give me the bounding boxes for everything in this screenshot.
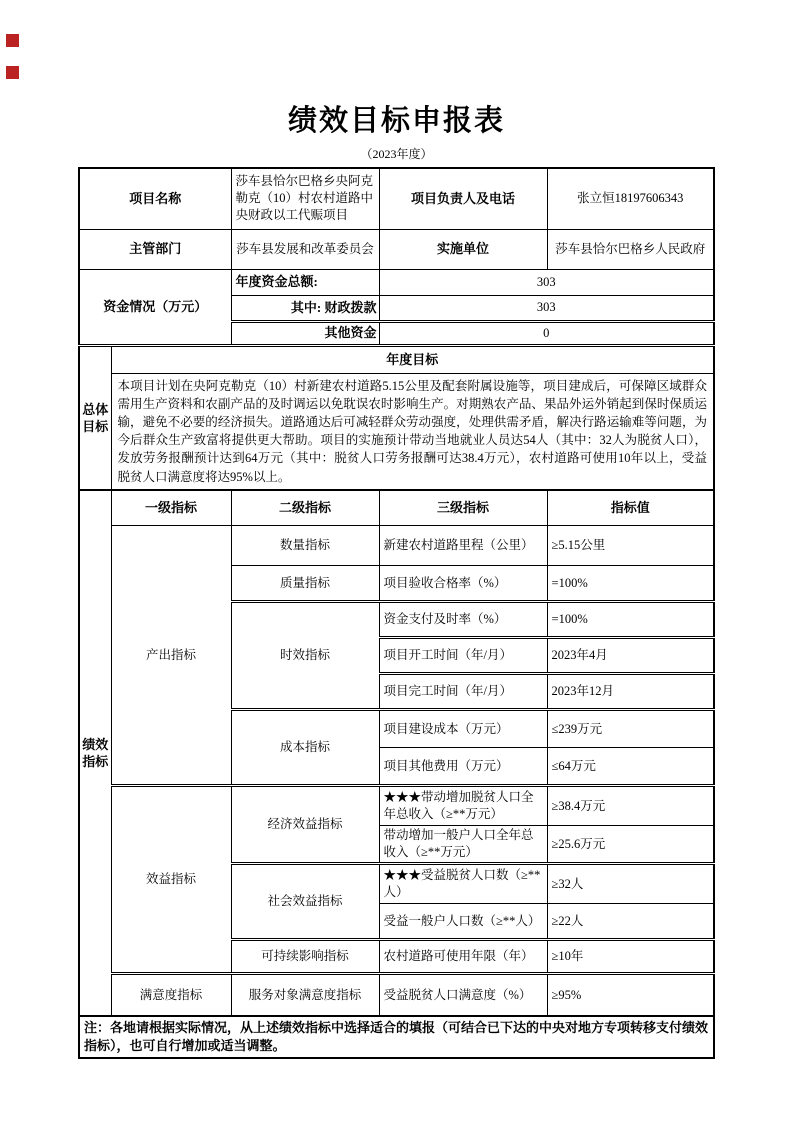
form-subtitle: （2023年度） (0, 145, 793, 162)
impl-value: 莎车县恰尔巴格乡人民政府 (547, 229, 714, 269)
indicator-row-name: 新建农村道路里程（公里） (379, 526, 547, 566)
declaration-table: 项目名称 莎车县恰尔巴格乡央阿克勒克（10）村农村道路中央财政以工代赈项目 项目… (78, 167, 715, 1059)
header-level3: 三级指标 (379, 490, 547, 526)
l1-benefit-indicator: 效益指标 (111, 786, 231, 974)
indicator-row-name: ★★★带动增加脱贫人口全年总收入（≥**万元） (379, 786, 547, 826)
funding-label: 资金情况（万元） (79, 269, 231, 345)
header-level2: 二级指标 (231, 490, 379, 526)
document-page: 绩效目标申报表 （2023年度） 项目名称 莎车县恰尔巴格乡央阿克勒克（10）村… (0, 0, 793, 1122)
l2-social-indicator: 社会效益指标 (231, 864, 379, 940)
indicator-row-value: ≤64万元 (547, 748, 714, 786)
indicator-row-value: ≥10年 (547, 940, 714, 974)
impl-label: 实施单位 (379, 229, 547, 269)
indicator-row-value: ≥32人 (547, 864, 714, 904)
l1-output-indicator: 产出指标 (111, 526, 231, 786)
indicator-row-value: 2023年4月 (547, 638, 714, 674)
indicator-row-value: ≥22人 (547, 904, 714, 940)
indicator-row-value: 2023年12月 (547, 674, 714, 710)
indicator-row-name: 项目其他费用（万元） (379, 748, 547, 786)
indicator-row-name: 项目完工时间（年/月） (379, 674, 547, 710)
l2-timeliness-indicator: 时效指标 (231, 602, 379, 710)
l2-quantity-indicator: 数量指标 (231, 526, 379, 566)
annual-goal-header: 年度目标 (111, 345, 714, 373)
indicator-row-value: ≤239万元 (547, 710, 714, 748)
leader-label: 项目负责人及电话 (379, 168, 547, 229)
funding-fiscal-value: 303 (379, 295, 714, 321)
funding-total-label: 年度资金总额: (231, 269, 379, 295)
indicator-row-name: 项目开工时间（年/月） (379, 638, 547, 674)
form-title: 绩效目标申报表 (0, 98, 793, 139)
header-level1: 一级指标 (111, 490, 231, 526)
indicator-row-value: ≥38.4万元 (547, 786, 714, 826)
indicator-row-value: ≥95% (547, 974, 714, 1016)
l2-quality-indicator: 质量指标 (231, 566, 379, 602)
indicator-row-name: 受益脱贫人口满意度（%） (379, 974, 547, 1016)
annual-goal-text: 本项目计划在央阿克勒克（10）村新建农村道路5.15公里及配套附属设施等，项目建… (111, 373, 714, 490)
indicator-row-name: 带动增加一般户人口全年总收入（≥**万元） (379, 826, 547, 864)
l2-service-satisfaction-indicator: 服务对象满意度指标 (231, 974, 379, 1016)
dept-value: 莎车县发展和改革委员会 (231, 229, 379, 269)
red-mark-icon (6, 66, 19, 79)
indicator-row-value: =100% (547, 602, 714, 638)
dept-label: 主管部门 (79, 229, 231, 269)
indicator-row-value: =100% (547, 566, 714, 602)
l2-sustainability-indicator: 可持续影响指标 (231, 940, 379, 974)
indicator-row-name: 资金支付及时率（%） (379, 602, 547, 638)
l1-satisfaction-indicator: 满意度指标 (111, 974, 231, 1016)
indicator-row-value: ≥5.15公里 (547, 526, 714, 566)
indicator-row-name: 受益一般户人口数（≥**人） (379, 904, 547, 940)
performance-side-label: 绩效指标 (79, 490, 111, 1016)
indicator-row-name: ★★★受益脱贫人口数（≥**人） (379, 864, 547, 904)
indicator-row-name: 项目验收合格率（%） (379, 566, 547, 602)
project-name-value: 莎车县恰尔巴格乡央阿克勒克（10）村农村道路中央财政以工代赈项目 (231, 168, 379, 229)
indicator-row-name: 项目建设成本（万元） (379, 710, 547, 748)
indicator-row-name: 农村道路可使用年限（年） (379, 940, 547, 974)
footnote: 注：各地请根据实际情况，从上述绩效指标中选择适合的填报（可结合已下达的中央对地方… (79, 1016, 714, 1058)
red-mark-icon (6, 34, 19, 47)
project-name-label: 项目名称 (79, 168, 231, 229)
indicator-row-value: ≥25.6万元 (547, 826, 714, 864)
l2-economic-indicator: 经济效益指标 (231, 786, 379, 864)
header-value: 指标值 (547, 490, 714, 526)
funding-other-label: 其他资金 (231, 321, 379, 345)
overall-goal-side-label: 总体目标 (79, 345, 111, 490)
funding-fiscal-label: 其中: 财政拨款 (231, 295, 379, 321)
l2-cost-indicator: 成本指标 (231, 710, 379, 786)
leader-value: 张立恒18197606343 (547, 168, 714, 229)
funding-total-value: 303 (379, 269, 714, 295)
funding-other-value: 0 (379, 321, 714, 345)
